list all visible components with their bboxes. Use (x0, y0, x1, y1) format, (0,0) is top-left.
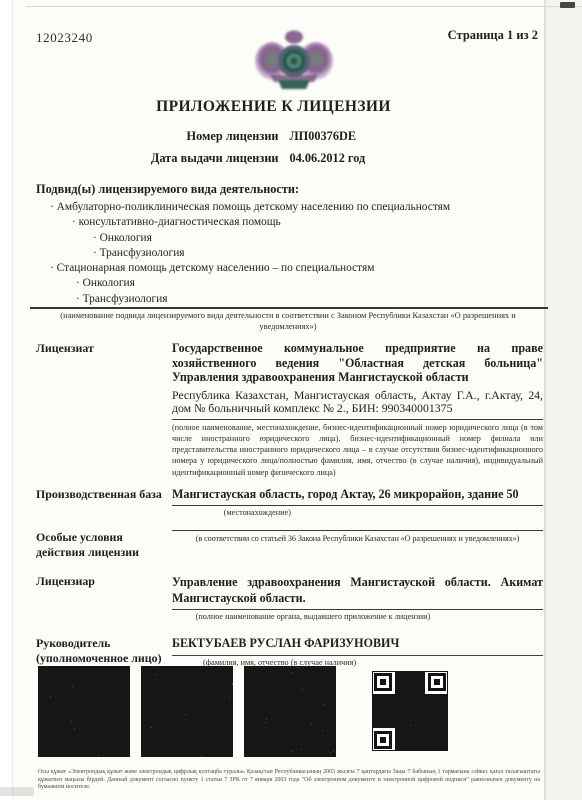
licensor-caption: (полное наименование органа, выдавшего п… (172, 611, 454, 622)
scan-fold-line (544, 0, 546, 800)
licensor-label: Лицензиар (36, 574, 172, 622)
license-date-value: 04.06.2012 год (290, 151, 440, 166)
datamatrix-barcode-icon (140, 664, 234, 759)
production-base-value-wrap: Мангистауская область, город Актау, 26 м… (172, 487, 543, 518)
licensor-value: Управление здравоохранения Мангистауской… (172, 574, 543, 610)
license-form: Лицензиат Государственное коммунальное п… (36, 341, 543, 668)
special-conditions-label: Особые условия действия лицензии (36, 530, 172, 560)
licensee-caption: (полное наименование, местонахождение, б… (172, 422, 543, 478)
production-base-label: Производственная база (36, 487, 172, 518)
special-conditions-caption: (в соответствии со статьей 36 Закона Рес… (172, 533, 543, 544)
scan-smudge (0, 787, 34, 796)
qr-code-icon (370, 669, 450, 753)
licensee-name: Государственное коммунальное предприятие… (172, 341, 543, 385)
license-date-label: Дата выдачи лицензии (104, 151, 279, 166)
special-conditions-row: Особые условия действия лицензии (в соот… (36, 530, 543, 560)
subtypes-heading: Подвид(ы) лицензируемого вида деятельнос… (36, 182, 299, 197)
special-conditions-value-wrap: (в соответствии со статьей 36 Закона Рес… (172, 530, 543, 560)
licensee-address: Республика Казахстан, Мангистауская обла… (172, 389, 543, 420)
page-indicator: Страница 1 из 2 (448, 28, 538, 43)
licensor-value-wrap: Управление здравоохранения Мангистауской… (172, 574, 543, 622)
scan-fold-shade (546, 0, 582, 800)
page-title: ПРИЛОЖЕНИЕ К ЛИЦЕНЗИИ (0, 98, 547, 116)
list-item: Онкология (36, 231, 542, 246)
license-number-value: ЛП00376DE (290, 129, 440, 144)
list-item: Онкология (36, 276, 542, 291)
special-conditions-label-line1: Особые условия (36, 530, 168, 545)
head-label-line1: Руководитель (36, 636, 168, 651)
license-number-label: Номер лицензии (104, 129, 279, 144)
subtypes-caption: (наименование подвида лицензируемого вид… (46, 311, 530, 332)
datamatrix-barcode-icon (37, 664, 131, 759)
list-item: Трансфузиология (36, 292, 542, 307)
list-item: Стационарная помощь детскому населению –… (36, 261, 542, 276)
kazakhstan-coat-of-arms-icon (250, 27, 338, 93)
production-base-value: Мангистауская область, город Актау, 26 м… (172, 487, 543, 506)
document-number: 12023240 (36, 30, 93, 46)
subtypes-list: Амбулаторно-поликлиническая помощь детск… (36, 200, 542, 307)
special-conditions-label-line2: действия лицензии (36, 545, 168, 560)
list-item: Трансфузиология (36, 246, 542, 261)
licensee-label: Лицензиат (36, 341, 172, 478)
scan-edge-topline (26, 6, 582, 7)
separator-line (30, 307, 548, 309)
license-number-row: Номер лицензии ЛП00376DE (104, 129, 444, 144)
list-item: Амбулаторно-поликлиническая помощь детск… (36, 200, 542, 215)
special-conditions-rule (172, 530, 543, 531)
signature-barcodes (37, 664, 450, 759)
production-base-caption: (местонахождение) (172, 507, 343, 518)
scan-edge-left (0, 0, 13, 800)
legal-footer-text: Осы құжат «Электрондық құжат және электр… (38, 769, 540, 792)
licensor-row: Лицензиар Управление здравоохранения Ман… (36, 574, 543, 622)
licensee-row: Лицензиат Государственное коммунальное п… (36, 341, 543, 478)
scanned-license-page: 12023240 Страница 1 из 2 (0, 0, 582, 800)
head-value: БЕКТУБАЕВ РУСЛАН ФАРИЗУНОВИЧ (172, 636, 543, 656)
licensee-value: Государственное коммунальное предприятие… (172, 341, 543, 478)
license-date-row: Дата выдачи лицензии 04.06.2012 год (104, 151, 444, 166)
production-base-row: Производственная база Мангистауская обла… (36, 487, 543, 518)
datamatrix-barcode-icon (243, 664, 337, 759)
list-item: консультативно-диагностическая помощь (36, 215, 542, 230)
license-meta: Номер лицензии ЛП00376DE Дата выдачи лиц… (0, 129, 547, 166)
